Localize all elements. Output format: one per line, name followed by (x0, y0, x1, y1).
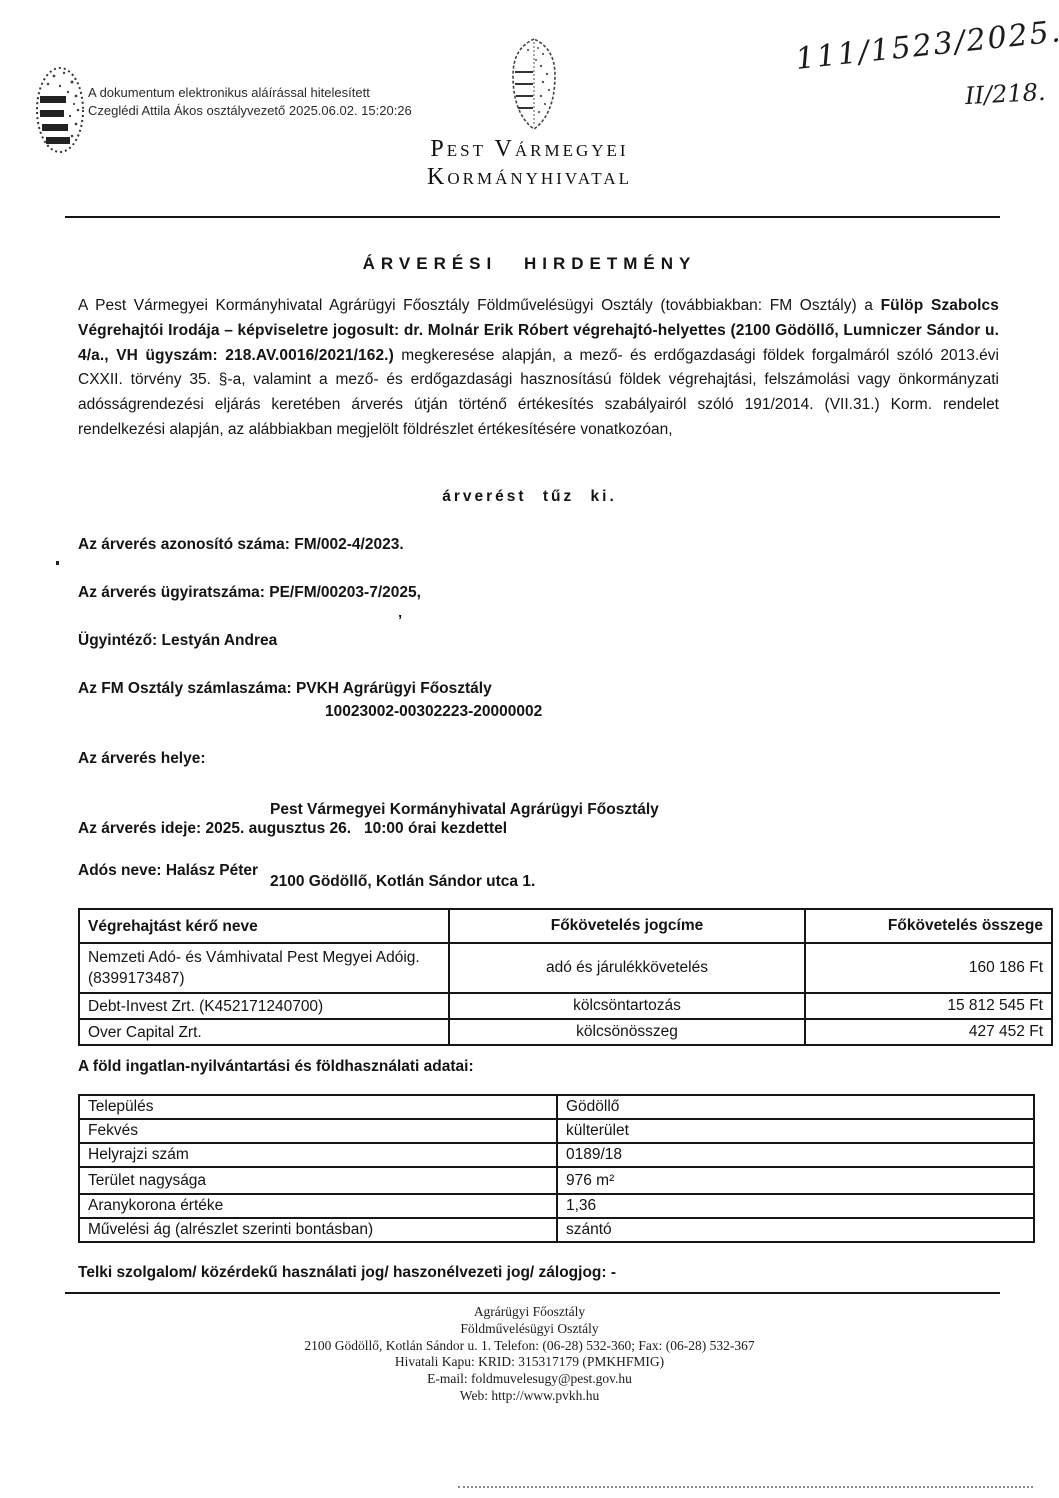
page-title: ÁRVERÉSI HIRDETMÉNY (0, 254, 1059, 274)
land-attr-label: Művelési ág (alrészlet szerinti bontásba… (79, 1218, 557, 1242)
claim-amount: 160 186 Ft (805, 943, 1052, 993)
claim-amount: 15 812 545 Ft (805, 993, 1052, 1019)
auction-id-line: Az árverés azonosító száma: FM/002-4/202… (78, 536, 404, 554)
land-attr-label: Terület nagysága (79, 1167, 557, 1194)
footer-email: E-mail: foldmuvelesugy@pest.gov.hu (0, 1371, 1059, 1388)
creditors-header-row: Végrehajtást kérő neve Főkövetelés jogcí… (79, 909, 1052, 943)
creditors-header-claim-amount: Főkövetelés összege (805, 909, 1052, 943)
header-divider (65, 216, 1000, 218)
footer-address-phone: 2100 Gödöllő, Kotlán Sándor u. 1. Telefo… (0, 1338, 1059, 1355)
land-data-table: Település Gödöllő Fekvés külterület Hely… (78, 1094, 1035, 1243)
land-attr-value: 0189/18 (557, 1143, 1034, 1167)
footer-department: Agrárügyi Főosztály (0, 1304, 1059, 1321)
handwritten-page-number: II/218. (964, 78, 1046, 110)
table-row: Debt-Invest Zrt. (K452171240700) kölcsön… (79, 993, 1052, 1019)
creditor-name: Over Capital Zrt. (79, 1019, 449, 1045)
auction-time-line: Az árverés ideje: 2025. augusztus 26. 10… (78, 820, 507, 838)
clerk-line: Ügyintéző: Lestyán Andrea (78, 632, 277, 650)
intro-paragraph: A Pest Vármegyei Kormányhivatal Agrárügy… (78, 294, 999, 443)
signature-note-line1: A dokumentum elektronikus aláírással hit… (88, 84, 412, 102)
footer-krid: Hivatali Kapu: KRID: 315317179 (PMKHFMIG… (0, 1354, 1059, 1371)
table-row: Helyrajzi szám 0189/18 (79, 1143, 1034, 1167)
coat-of-arms-icon (503, 36, 565, 137)
signature-note: A dokumentum elektronikus aláírással hit… (88, 84, 412, 120)
land-attr-value: 1,36 (557, 1194, 1034, 1218)
creditors-header-name: Végrehajtást kérő neve (79, 909, 449, 943)
table-row: Település Gödöllő (79, 1095, 1034, 1119)
org-name-line1: Pest Vármegyei (0, 136, 1059, 163)
table-row: Terület nagysága 976 m² (79, 1167, 1034, 1194)
account-label-line: Az FM Osztály számlaszáma: PVKH Agrárügy… (78, 680, 492, 698)
table-row: Művelési ág (alrészlet szerinti bontásba… (79, 1218, 1034, 1242)
case-number-line: Az árverés ügyiratszáma: PE/FM/00203-7/2… (78, 584, 421, 602)
intro-lead: A Pest Vármegyei Kormányhivatal Agrárügy… (78, 297, 881, 314)
handwritten-case-number: 111/1523/2025. (794, 14, 1059, 77)
debtor-line: Adós neve: Halász Péter (78, 862, 258, 880)
signature-note-line2: Czeglédi Attila Ákos osztályvezető 2025.… (88, 102, 412, 120)
claim-type: kölcsönösszeg (449, 1019, 805, 1045)
document-page: A dokumentum elektronikus aláírással hit… (0, 0, 1059, 1498)
table-row: Aranykorona értéke 1,36 (79, 1194, 1034, 1218)
scan-artifact-comma: ’ (398, 612, 402, 629)
creditors-header-claim-type: Főkövetelés jogcíme (449, 909, 805, 943)
land-attr-value: szántó (557, 1218, 1034, 1242)
land-data-section-title: A föld ingatlan-nyilvántartási és földha… (78, 1058, 474, 1076)
claim-amount: 427 452 Ft (805, 1019, 1052, 1045)
servitude-line: Telki szolgalom/ közérdekű használati jo… (78, 1264, 616, 1282)
creditor-name: Debt-Invest Zrt. (K452171240700) (79, 993, 449, 1019)
land-attr-value: Gödöllő (557, 1095, 1034, 1119)
auction-place-line1: Pest Vármegyei Kormányhivatal Agrárügyi … (270, 798, 659, 822)
claim-type: adó és járulékkövetelés (449, 943, 805, 993)
claim-type: kölcsöntartozás (449, 993, 805, 1019)
announcement-line: árverést tűz ki. (0, 488, 1059, 506)
org-name-line2: Kormányhivatal (0, 164, 1059, 191)
land-attr-label: Aranykorona értéke (79, 1194, 557, 1218)
footer-block: Agrárügyi Főosztály Földművelésügyi Oszt… (0, 1304, 1059, 1405)
scan-artifact-dot (56, 561, 59, 565)
table-row: Fekvés külterület (79, 1119, 1034, 1143)
account-number-line: 10023002-00302223-20000002 (325, 703, 542, 721)
land-attr-label: Fekvés (79, 1119, 557, 1143)
creditor-name: Nemzeti Adó- és Vámhivatal Pest Megyei A… (79, 943, 449, 993)
creditors-table: Végrehajtást kérő neve Főkövetelés jogcí… (78, 908, 1053, 1046)
footer-divider (65, 1292, 1000, 1294)
land-attr-value: külterület (557, 1119, 1034, 1143)
footer-division: Földművelésügyi Osztály (0, 1321, 1059, 1338)
table-row: Nemzeti Adó- és Vámhivatal Pest Megyei A… (79, 943, 1052, 993)
scan-artifact-noise-line (458, 1486, 1033, 1488)
land-attr-label: Helyrajzi szám (79, 1143, 557, 1167)
land-attr-value: 976 m² (557, 1167, 1034, 1194)
land-attr-label: Település (79, 1095, 557, 1119)
auction-place-line2: 2100 Gödöllő, Kotlán Sándor utca 1. (270, 870, 659, 894)
footer-web: Web: http://www.pvkh.hu (0, 1388, 1059, 1405)
table-row: Over Capital Zrt. kölcsönösszeg 427 452 … (79, 1019, 1052, 1045)
